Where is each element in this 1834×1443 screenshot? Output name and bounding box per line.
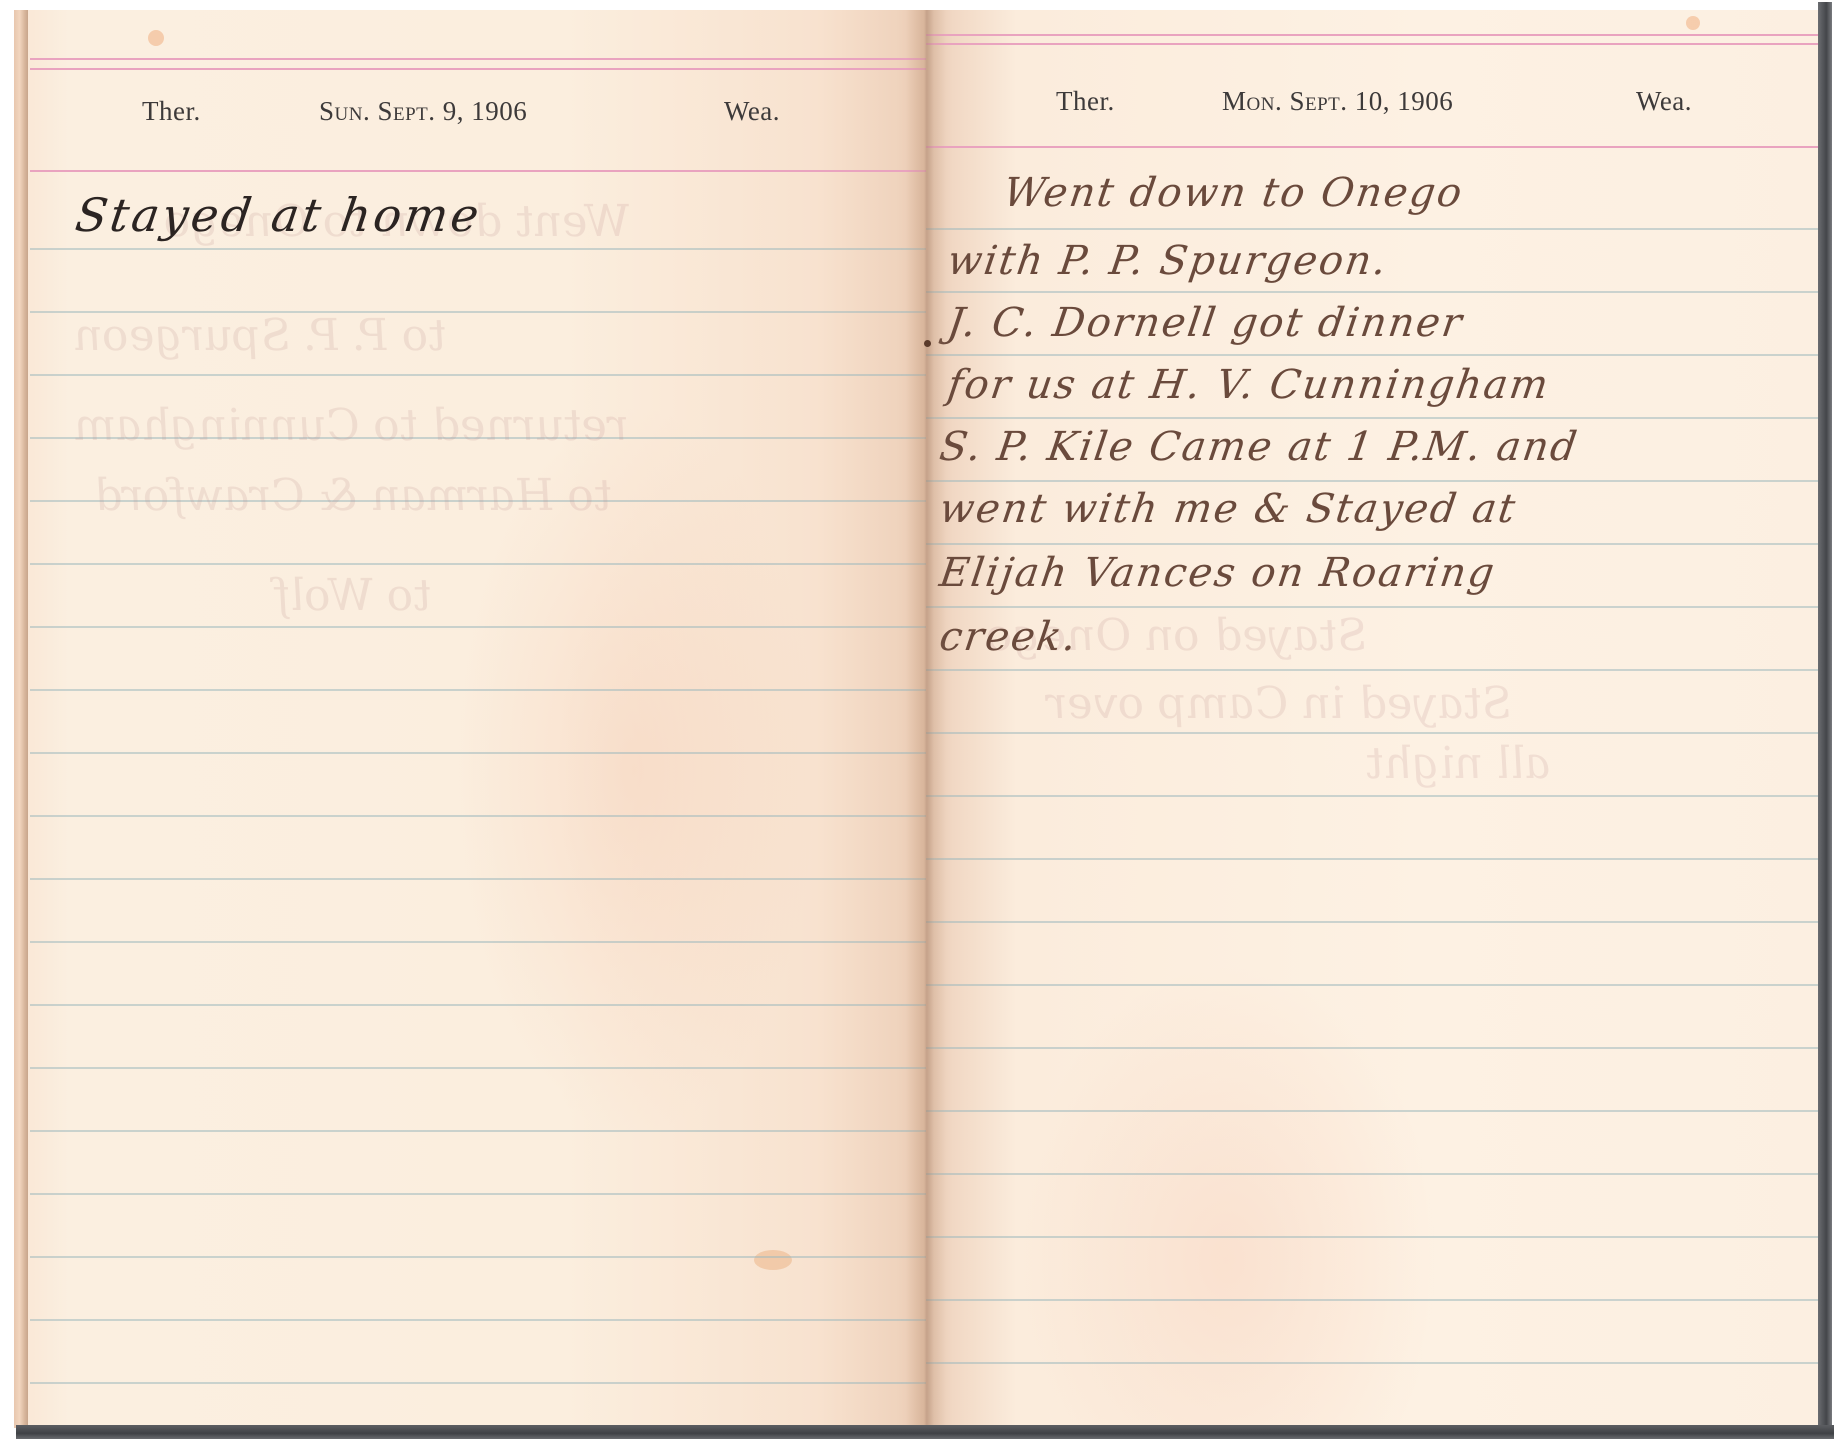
handwritten-entry-line: went with me & Stayed at bbox=[937, 486, 1520, 532]
book-bottom-edge bbox=[16, 1425, 1834, 1439]
bleed-through-text: Stayed in Camp over bbox=[1042, 678, 1515, 729]
header-bottom-rule bbox=[30, 170, 926, 172]
ruled-line bbox=[926, 1236, 1832, 1238]
header-bottom-rule bbox=[926, 146, 1832, 148]
header-top-rule-1 bbox=[926, 34, 1832, 36]
ruled-line bbox=[926, 1110, 1832, 1112]
right-page: Ther. Mon. Sept. 10, 1906 Wea. Stayed on… bbox=[926, 10, 1832, 1428]
bleed-through-text: to P. P. Spurgeon bbox=[70, 310, 449, 361]
ruled-line bbox=[926, 606, 1832, 608]
ruled-line bbox=[926, 1362, 1832, 1364]
ruled-line bbox=[926, 543, 1832, 545]
ruled-line bbox=[30, 941, 926, 943]
date-label: Sun. Sept. 9, 1906 bbox=[319, 96, 527, 127]
header-top-rule-2 bbox=[926, 43, 1832, 45]
handwritten-entry-line: S. P. Kile Came at 1 P.M. and bbox=[937, 424, 1582, 470]
left-page-header: Ther. Sun. Sept. 9, 1906 Wea. bbox=[14, 96, 926, 136]
ruled-line bbox=[30, 1067, 926, 1069]
bleed-through-text: to Wolf bbox=[270, 570, 434, 621]
handwritten-entry-line: with P. P. Spurgeon. bbox=[945, 238, 1391, 284]
wea-label: Wea. bbox=[724, 96, 780, 127]
wea-label: Wea. bbox=[1636, 86, 1692, 117]
date-label: Mon. Sept. 10, 1906 bbox=[1222, 86, 1453, 117]
ruled-line bbox=[926, 417, 1832, 419]
ruled-line bbox=[30, 752, 926, 754]
bleed-through-text: returned to Cunningham bbox=[70, 400, 632, 451]
handwritten-entry-line: creek. bbox=[937, 614, 1081, 660]
ruled-line bbox=[30, 689, 926, 691]
ruled-line bbox=[926, 291, 1832, 293]
book-gutter bbox=[906, 10, 946, 1428]
stain-top-left bbox=[148, 30, 164, 46]
handwritten-entry-line: Went down to Onego bbox=[1001, 170, 1467, 216]
ruled-line bbox=[926, 354, 1832, 356]
ruled-line bbox=[926, 669, 1832, 671]
ruled-line bbox=[30, 815, 926, 817]
ruled-line bbox=[926, 921, 1832, 923]
ruled-line bbox=[926, 228, 1832, 230]
ruled-line bbox=[926, 480, 1832, 482]
book-right-edge bbox=[1818, 2, 1832, 1432]
handwritten-entry-line: for us at H. V. Cunningham bbox=[945, 362, 1553, 408]
ruled-line bbox=[30, 248, 926, 250]
ther-label: Ther. bbox=[142, 96, 201, 127]
ruled-line bbox=[926, 732, 1832, 734]
bleed-through-text: to Harman & Crawford bbox=[90, 470, 615, 521]
handwritten-entry-line: Stayed at home bbox=[72, 188, 485, 242]
ruled-line bbox=[30, 1256, 926, 1258]
ruled-line bbox=[30, 1382, 926, 1384]
ruled-line bbox=[30, 1319, 926, 1321]
ruled-line bbox=[926, 1299, 1832, 1301]
right-page-header: Ther. Mon. Sept. 10, 1906 Wea. bbox=[926, 86, 1832, 126]
ruled-line bbox=[926, 984, 1832, 986]
left-page: Ther. Sun. Sept. 9, 1906 Wea. Went down … bbox=[14, 10, 926, 1428]
header-top-rule-2 bbox=[30, 68, 926, 70]
ruled-line bbox=[926, 1047, 1832, 1049]
ther-label: Ther. bbox=[1056, 86, 1115, 117]
ruled-line bbox=[926, 1173, 1832, 1175]
ruled-line bbox=[30, 1130, 926, 1132]
diary-book: Ther. Sun. Sept. 9, 1906 Wea. Went down … bbox=[14, 10, 1822, 1430]
bleed-through-text: all night bbox=[1362, 738, 1554, 789]
stain-bottom bbox=[754, 1250, 792, 1270]
ruled-line bbox=[30, 878, 926, 880]
ruled-line bbox=[30, 1004, 926, 1006]
ruled-line bbox=[30, 374, 926, 376]
ruled-line bbox=[30, 563, 926, 565]
header-top-rule-1 bbox=[30, 58, 926, 60]
stain-top-right bbox=[1686, 16, 1700, 30]
handwritten-entry-line: J. C. Dornell got dinner bbox=[945, 300, 1467, 346]
left-binding-edge bbox=[14, 10, 28, 1428]
gutter-ink-dot bbox=[924, 340, 931, 347]
ruled-line bbox=[926, 795, 1832, 797]
ruled-line bbox=[926, 858, 1832, 860]
handwritten-entry-line: Elijah Vances on Roaring bbox=[937, 550, 1499, 596]
ruled-line bbox=[30, 1193, 926, 1195]
ruled-line bbox=[30, 626, 926, 628]
